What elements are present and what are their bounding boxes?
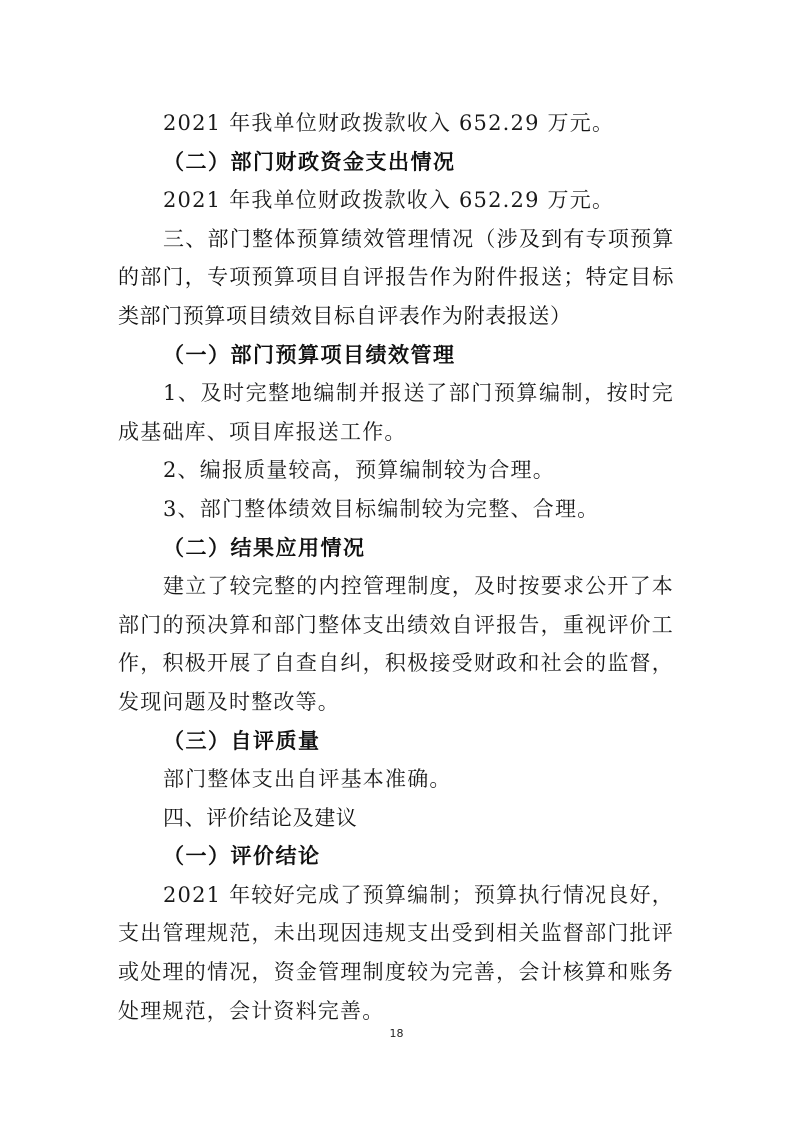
body-paragraph-conclusion: 2021 年较好完成了预算编制；预算执行情况良好，支出管理规范，未出现因违规支出… [118, 876, 674, 1030]
subheading-self-evaluation-quality: （三）自评质量 [118, 722, 674, 761]
body-paragraph-quality: 部门整体支出自评基本准确。 [118, 760, 674, 799]
list-item-3: 3、部门整体绩效目标编制较为完整、合理。 [118, 490, 674, 529]
list-item-2: 2、编报质量较高，预算编制较为合理。 [118, 451, 674, 490]
page-content: 2021 年我单位财政拨款收入 652.29 万元。 （二）部门财政资金支出情况… [118, 104, 674, 1030]
heading-section-four: 四、评价结论及建议 [118, 799, 674, 838]
heading-section-three: 三、部门整体预算绩效管理情况（涉及到有专项预算的部门，专项预算项目自评报告作为附… [118, 220, 674, 336]
body-paragraph-income: 2021 年我单位财政拨款收入 652.29 万元。 [118, 104, 674, 143]
body-paragraph-results: 建立了较完整的内控管理制度，及时按要求公开了本部门的预决算和部门整体支出绩效自评… [118, 567, 674, 721]
subheading-expenditure: （二）部门财政资金支出情况 [118, 143, 674, 182]
list-item-1: 1、及时完整地编制并报送了部门预算编制，按时完成基础库、项目库报送工作。 [118, 374, 674, 451]
subheading-conclusion: （一）评价结论 [118, 837, 674, 876]
document-page: 2021 年我单位财政拨款收入 652.29 万元。 （二）部门财政资金支出情况… [0, 0, 793, 1122]
page-number: 18 [0, 1027, 793, 1040]
subheading-results-application: （二）结果应用情况 [118, 529, 674, 568]
body-paragraph-expenditure: 2021 年我单位财政拨款收入 652.29 万元。 [118, 181, 674, 220]
subheading-project-performance: （一）部门预算项目绩效管理 [118, 336, 674, 375]
